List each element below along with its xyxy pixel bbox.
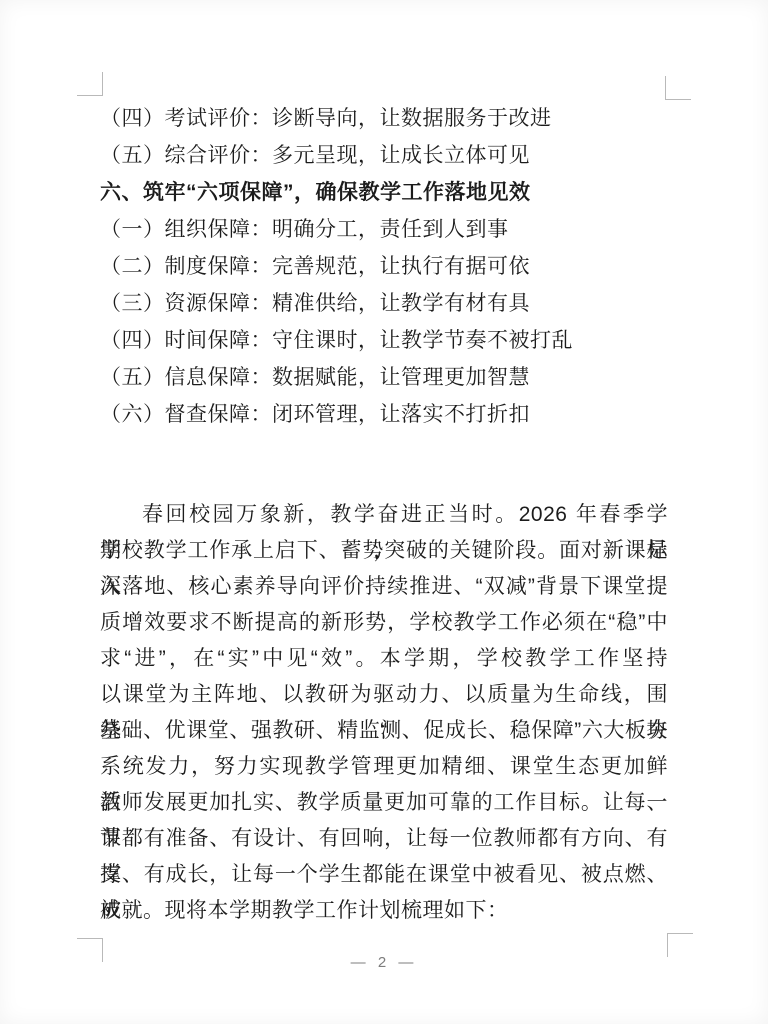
- paragraph-line: 质增效要求不断提高的新形势，学校教学工作必须在“稳”中: [100, 605, 668, 641]
- document-line: （五）综合评价：多元呈现，让成长立体可见: [100, 137, 668, 174]
- paragraph-line: 课都有准备、有设计、有回响，让每一位教师都有方向、有支: [100, 821, 668, 857]
- section-heading: 六、筑牢“六项保障”，确保教学工作落地见效: [100, 174, 668, 211]
- document-body: （四）考试评价：诊断导向，让数据服务于改进 （五）综合评价：多元呈现，让成长立体…: [100, 100, 668, 929]
- document-line: （二）制度保障：完善规范，让执行有据可依: [100, 248, 668, 285]
- paragraph-line: 成就。现将本学期教学工作计划梳理如下：: [100, 893, 668, 929]
- paragraph-line: 学校教学工作承上启下、蓄势突破的关键阶段。面对新课标深: [100, 533, 668, 569]
- paragraph-line: 教师发展更加扎实、教学质量更加可靠的工作目标。让每一节: [100, 785, 668, 821]
- document-line: （一）组织保障：明确分工，责任到人到事: [100, 211, 668, 248]
- document-line: （四）考试评价：诊断导向，让数据服务于改进: [100, 100, 668, 137]
- crop-mark-top-left: [77, 72, 103, 96]
- paragraph-line: 求“进”，在“实”中见“效”。本学期，学校教学工作坚持: [100, 641, 668, 677]
- paragraph-line: 以课堂为主阵地、以教研为驱动力、以质量为生命线，围绕“夯: [100, 677, 668, 713]
- crop-mark-top-right: [665, 76, 691, 100]
- paragraph-line: 系统发力，努力实现教学管理更加精细、课堂生态更加鲜活、: [100, 749, 668, 785]
- document-page: （四）考试评价：诊断导向，让数据服务于改进 （五）综合评价：多元呈现，让成长立体…: [0, 0, 768, 1024]
- paragraph-line: 基础、优课堂、强教研、精监测、促成长、稳保障”六大板块: [100, 713, 668, 749]
- document-line: （四）时间保障：守住课时，让教学节奏不被打乱: [100, 322, 668, 359]
- page-number: — 2 —: [0, 954, 768, 971]
- paragraph-line: 撑、有成长，让每一个学生都能在课堂中被看见、被点燃、被: [100, 857, 668, 893]
- body-paragraph: 春回校园万象新，教学奋进正当时。2026 年春季学期，是 学校教学工作承上启下、…: [100, 497, 668, 929]
- paragraph-line: 入落地、核心素养导向评价持续推进、“双减”背景下课堂提: [100, 569, 668, 605]
- document-line: （五）信息保障：数据赋能，让管理更加智慧: [100, 359, 668, 396]
- document-line: （六）督查保障：闭环管理，让落实不打折扣: [100, 396, 668, 433]
- paragraph-line: 春回校园万象新，教学奋进正当时。2026 年春季学期，是: [100, 497, 668, 533]
- document-line: （三）资源保障：精准供给，让教学有材有具: [100, 285, 668, 322]
